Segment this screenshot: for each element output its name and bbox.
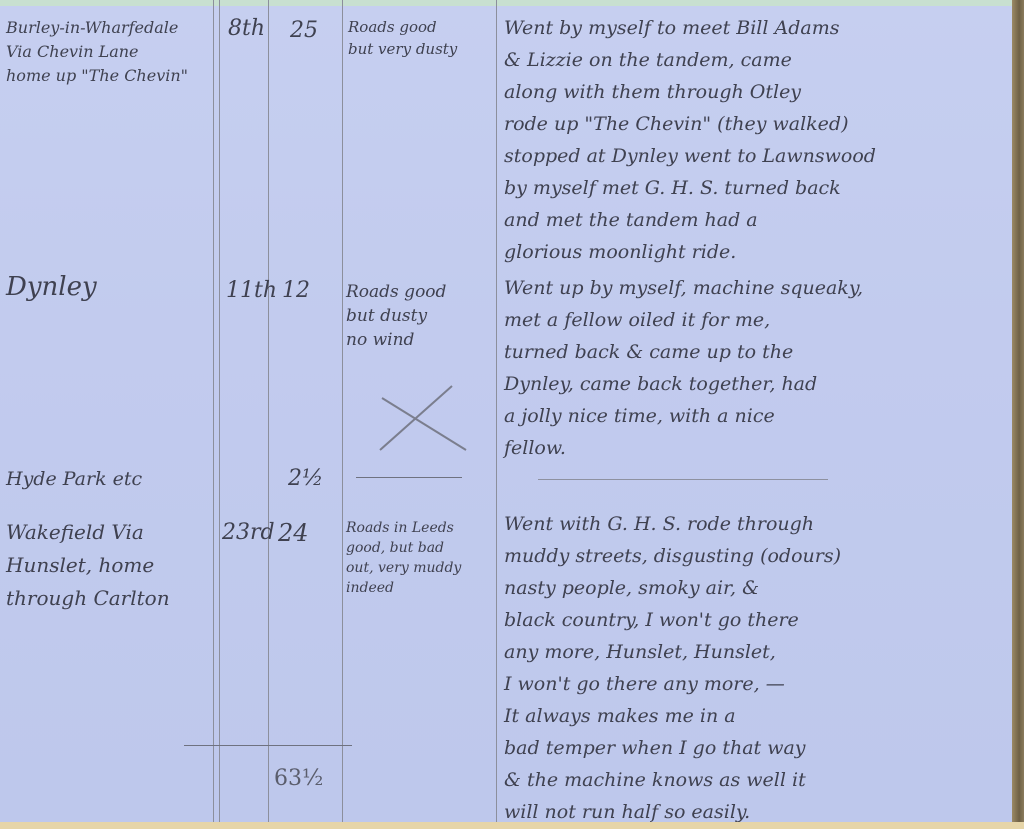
entry-3-miles: 2½ bbox=[288, 464, 323, 494]
conditions-separator bbox=[356, 477, 462, 478]
column-rule-miles-left bbox=[268, 0, 269, 822]
entry-4-remarks: Went with G. H. S. rode through muddy st… bbox=[504, 508, 841, 828]
cross-mark-icon bbox=[370, 380, 480, 460]
page-top-edge bbox=[0, 0, 1012, 6]
entry-2-route: Dynley bbox=[6, 272, 97, 302]
entry-1-conditions: Roads good but very dusty bbox=[348, 16, 457, 60]
entry-4-conditions: Roads in Leeds good, but bad out, very m… bbox=[346, 518, 461, 598]
entry-4-date: 23rd bbox=[222, 518, 275, 548]
entry-2-date: 11th bbox=[226, 276, 277, 306]
entry-1-remarks: Went by myself to meet Bill Adams & Lizz… bbox=[504, 12, 876, 268]
entry-1-route: Burley-in-Wharfedale Via Chevin Lane hom… bbox=[6, 16, 188, 88]
diary-page: Burley-in-Wharfedale Via Chevin Lane hom… bbox=[0, 0, 1012, 824]
total-rule bbox=[184, 745, 352, 746]
remarks-separator bbox=[538, 479, 828, 480]
entry-1-miles: 25 bbox=[290, 16, 318, 46]
total-miles: 63½ bbox=[274, 764, 323, 794]
entry-3-route: Hyde Park etc bbox=[6, 464, 142, 494]
entry-2-miles: 12 bbox=[282, 276, 310, 306]
column-rule-conditions-left bbox=[342, 0, 343, 822]
entry-2-conditions: Roads good but dusty no wind bbox=[346, 280, 446, 352]
page-bottom-edge bbox=[0, 822, 1024, 829]
entry-4-miles: 24 bbox=[278, 518, 309, 548]
entry-1-date: 8th bbox=[228, 14, 265, 44]
entry-4-route: Wakefield Via Hunslet, home through Carl… bbox=[6, 516, 170, 615]
column-rule-date-left bbox=[213, 0, 214, 822]
entry-2-remarks: Went up by myself, machine squeaky, met … bbox=[504, 272, 863, 464]
column-rule-date-left-double bbox=[219, 0, 220, 822]
book-spine bbox=[1012, 0, 1024, 829]
column-rule-remarks-left bbox=[496, 0, 497, 822]
